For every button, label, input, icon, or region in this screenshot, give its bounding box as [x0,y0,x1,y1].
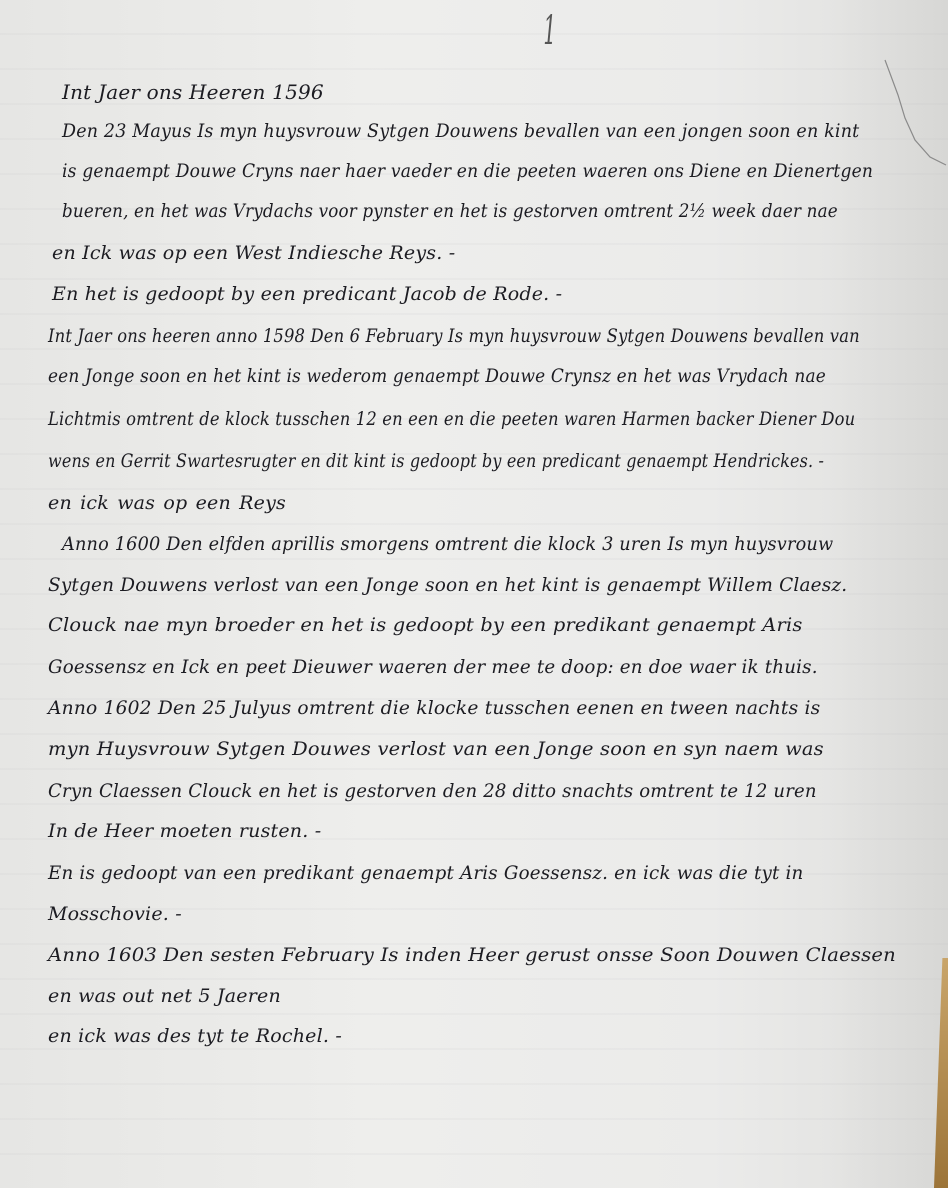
text-line: en was out net 5 Jaeren [48,985,281,1007]
text-line: En het is gedoopt by een predicant Jacob… [52,283,562,305]
manuscript-page: 1 Int Jaer ons Heeren 1596 Den 23 Mayus … [0,0,948,1188]
text-line: wens en Gerrit Swartesrugter en dit kint… [48,450,824,472]
text-line: Anno 1600 Den elfden aprillis smorgens o… [62,533,833,555]
text-line: een Jonge soon en het kint is wederom ge… [48,365,826,387]
text-line: myn Huysvrouw Sytgen Douwes verlost van … [48,738,824,760]
text-line: Clouck nae myn broeder en het is gedoopt… [48,614,803,636]
text-line: Anno 1603 Den sesten February Is inden H… [48,944,896,966]
text-line: bueren, en het was Vrydachs voor pynster… [62,200,838,222]
text-line: En is gedoopt van een predikant genaempt… [48,862,803,884]
heading-line: Int Jaer ons Heeren 1596 [62,80,324,104]
page-marker: 1 [543,8,556,54]
text-line: en ick was op een Reys [48,492,286,514]
text-line: Cryn Claessen Clouck en het is gestorven… [48,780,817,802]
text-line: Lichtmis omtrent de klock tusschen 12 en… [48,408,855,430]
text-line: is genaempt Douwe Cryns naer haer vaeder… [62,160,873,182]
text-line: Goessensz en Ick en peet Dieuwer waeren … [48,656,818,678]
text-line: en Ick was op een West Indiesche Reys. - [52,242,455,264]
text-line: en ick was des tyt te Rochel. - [48,1025,342,1047]
text-line: Anno 1602 Den 25 Julyus omtrent die kloc… [48,697,820,719]
text-line: Mosschovie. - [48,903,182,925]
text-line: Den 23 Mayus Is myn huysvrouw Sytgen Dou… [62,120,859,142]
text-line: In de Heer moeten rusten. - [48,820,321,842]
text-line: Sytgen Douwens verlost van een Jonge soo… [48,574,847,596]
text-line: Int Jaer ons heeren anno 1598 Den 6 Febr… [48,325,860,347]
